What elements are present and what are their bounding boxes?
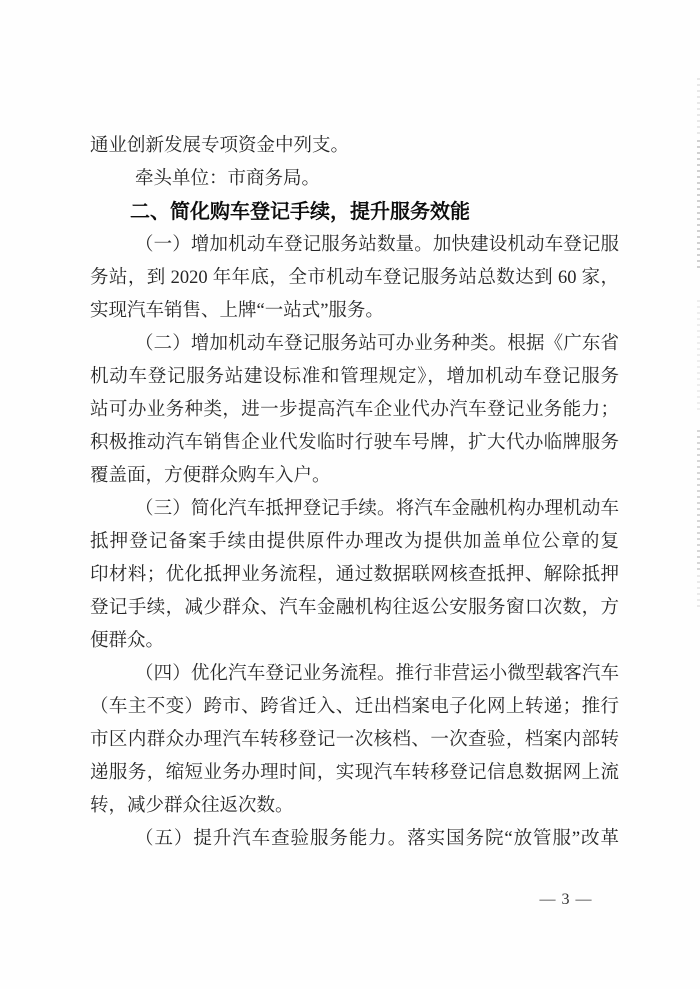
text-line: 务站，到 2020 年年底，全市机动车登记服务站总数达到 60 家， [90, 262, 619, 295]
text-line: 站可办业务种类，进一步提高汽车企业代办汽车登记业务能力； [90, 394, 619, 427]
text-line: 便群众。 [90, 625, 619, 658]
text-line: 递服务，缩短业务办理时间，实现汽车转移登记信息数据网上流 [90, 757, 619, 790]
text-line: 二、简化购车登记手续，提升服务效能 [90, 196, 619, 229]
page-number: — 3 — [531, 889, 601, 911]
text-line: 积极推动汽车销售企业代发临时行驶车号牌，扩大代办临牌服务 [90, 427, 619, 460]
text-line: （四）优化汽车登记业务流程。推行非营运小微型载客汽车 [90, 658, 619, 691]
text-line: 通业创新发展专项资金中列支。 [90, 130, 619, 163]
para-item-2: （二）增加机动车登记服务站可办业务种类。根据《广东省机动车登记服务站建设标准和管… [90, 328, 619, 493]
heading-section-2: 二、简化购车登记手续，提升服务效能 [90, 196, 619, 229]
text-line: （五）提升汽车查验服务能力。落实国务院“放管服”改革 [90, 823, 619, 856]
document-page: 通业创新发展专项资金中列支。牵头单位：市商务局。二、简化购车登记手续，提升服务效… [0, 0, 700, 989]
para-lead-unit: 牵头单位：市商务局。 [90, 163, 619, 196]
text-line: 牵头单位：市商务局。 [90, 163, 619, 196]
text-line: 印材料；优化抵押业务流程，通过数据联网核查抵押、解除抵押 [90, 559, 619, 592]
text-line: （二）增加机动车登记服务站可办业务种类。根据《广东省 [90, 328, 619, 361]
text-line: （一）增加机动车登记服务站数量。加快建设机动车登记服 [90, 229, 619, 262]
para-item-5: （五）提升汽车查验服务能力。落实国务院“放管服”改革 [90, 823, 619, 856]
text-line: 抵押登记备案手续由提供原件办理改为提供加盖单位公章的复 [90, 526, 619, 559]
text-line: 机动车登记服务站建设标准和管理规定》，增加机动车登记服务 [90, 361, 619, 394]
text-line: 实现汽车销售、上牌“一站式”服务。 [90, 295, 619, 328]
text-line: （车主不变）跨市、跨省迁入、迁出档案电子化网上转递；推行 [90, 691, 619, 724]
text-line: 登记手续，减少群众、汽车金融机构往返公安服务窗口次数，方 [90, 592, 619, 625]
para-item-3: （三）简化汽车抵押登记手续。将汽车金融机构办理机动车抵押登记备案手续由提供原件办… [90, 493, 619, 658]
text-line: 覆盖面，方便群众购车入户。 [90, 460, 619, 493]
para-continuation: 通业创新发展专项资金中列支。 [90, 130, 619, 163]
text-line: （三）简化汽车抵押登记手续。将汽车金融机构办理机动车 [90, 493, 619, 526]
para-item-4: （四）优化汽车登记业务流程。推行非营运小微型载客汽车（车主不变）跨市、跨省迁入、… [90, 658, 619, 823]
para-item-1: （一）增加机动车登记服务站数量。加快建设机动车登记服务站，到 2020 年年底，… [90, 229, 619, 328]
text-line: 转，减少群众往返次数。 [90, 790, 619, 823]
text-line: 市区内群众办理汽车转移登记一次核档、一次查验，档案内部转 [90, 724, 619, 757]
document-body: 通业创新发展专项资金中列支。牵头单位：市商务局。二、简化购车登记手续，提升服务效… [90, 130, 619, 856]
